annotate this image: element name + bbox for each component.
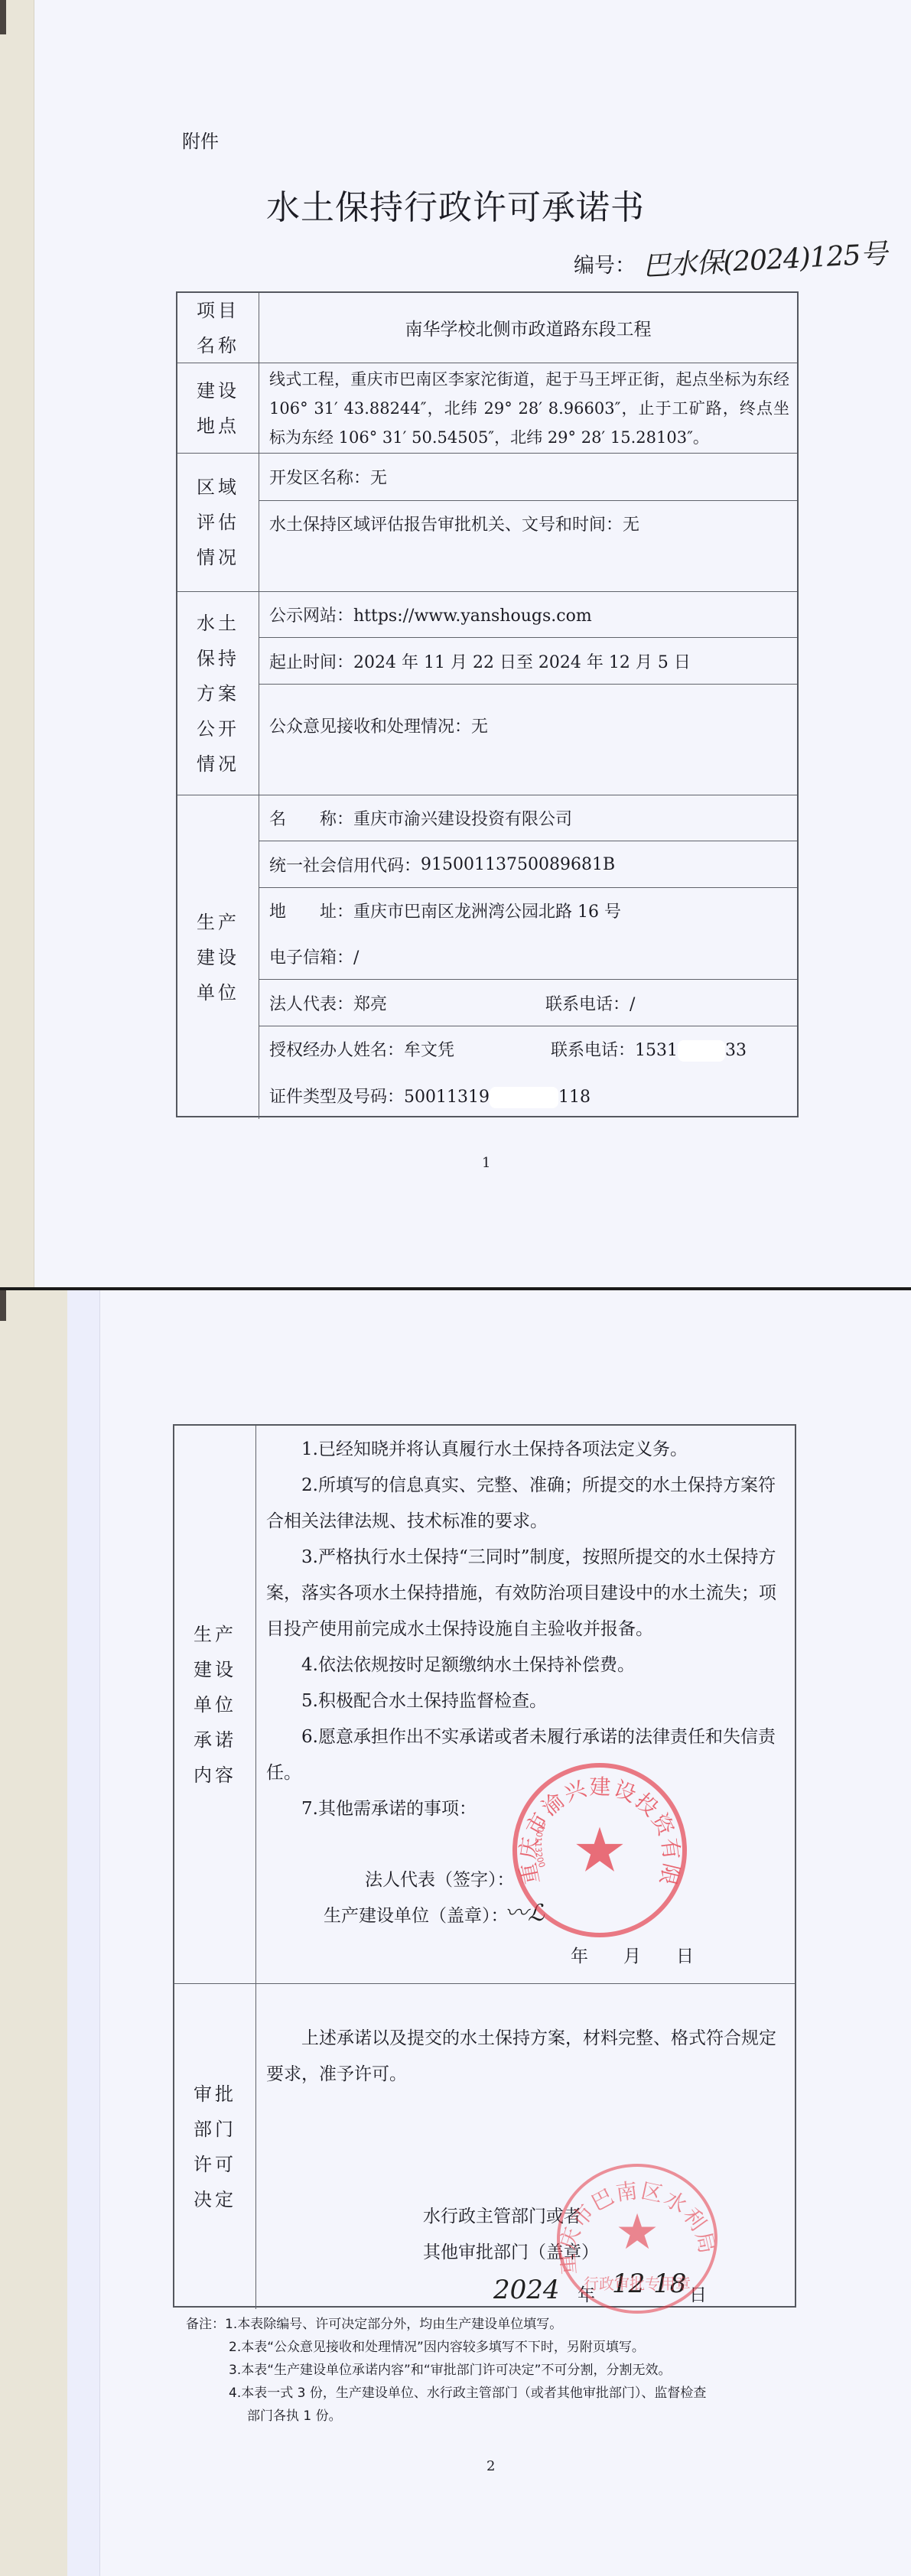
promise-item-4: 4.依法依规按时足额缴纳水土保持补偿费。 — [266, 1647, 786, 1683]
document-page-1: 附件 水土保持行政许可承诺书 编号： 巴水保(2024)125号 项目名称 南华… — [0, 0, 911, 1287]
scan-edge-shadow — [0, 1290, 6, 1321]
legal-phone-value: / — [630, 995, 635, 1014]
redacted-id-number — [490, 1087, 558, 1108]
promise-item-5: 5.积极配合水土保持监督检查。 — [266, 1683, 786, 1719]
label-project-name: 项目名称 — [177, 293, 259, 363]
assessment-report-field: 水土保持区域评估报告审批机关、文号和时间：无 — [259, 501, 797, 592]
public-feedback-field: 公众意见接收和处理情况：无 — [259, 685, 797, 795]
promise-date-label: 年 月 日 — [571, 1942, 694, 1967]
row-plan-publicity: 水土保持方案公开情况 公示网站：https://www.yanshougs.co… — [177, 592, 797, 795]
builder-company-seal: 重庆市渝兴建设投资有限公司 500113200 ★ — [512, 1763, 687, 1937]
approval-seal-subtext: 行政审批专用章 — [584, 2275, 691, 2293]
serial-number-label: 编号： — [574, 249, 636, 278]
permit-info-table: 项目名称 南华学校北侧市政道路东段工程 建设地点 线式工程，重庆市巴南区李家沱街… — [176, 291, 799, 1117]
builder-seal-label: 生产建设单位（盖章）： — [324, 1901, 509, 1927]
document-page-2: 生产建设单位承诺内容 1.已经知晓并将认真履行水土保持各项法定义务。 2.所填写… — [0, 1287, 911, 2576]
dev-zone-field: 开发区名称：无 — [259, 454, 797, 501]
row-location: 建设地点 线式工程，重庆市巴南区李家沱街道，起于马王坪正街，起点坐标为东经 10… — [177, 363, 797, 454]
email-value: / — [353, 948, 359, 968]
label-builder: 生产建设单位 — [177, 795, 259, 1119]
label-approval: 审批部门许可决定 — [174, 1984, 256, 2309]
row-regional-assessment: 区域评估情况 开发区名称：无 水土保持区域评估报告审批机关、文号和时间：无 — [177, 454, 797, 592]
agent-name-value: 牟文凭 — [404, 1041, 454, 1060]
row-project-name: 项目名称 南华学校北侧市政道路东段工程 — [177, 293, 797, 363]
builder-name-value: 重庆市渝兴建设投资有限公司 — [353, 806, 572, 830]
notes-prefix: 备注： — [186, 2317, 225, 2332]
star-icon: ★ — [572, 1815, 627, 1886]
agent-field: 授权经办人姓名：牟文凭 联系电话：153133 证件类型及号码：50011319… — [259, 1026, 797, 1119]
credit-code-value: 91500113750089681B — [421, 855, 615, 874]
note-4-cont: 部门各执 1 份。 — [186, 2405, 874, 2428]
label-promise: 生产建设单位承诺内容 — [174, 1426, 256, 1983]
label-location: 建设地点 — [177, 363, 259, 453]
redacted-phone — [678, 1040, 725, 1062]
legal-rep-value: 郑亮 — [353, 995, 387, 1014]
note-3: 3.本表“生产建设单位承诺内容”和“审批部门许可决定”不可分割，分割无效。 — [186, 2359, 874, 2382]
publicity-period-field: 起止时间：2024 年 11 月 22 日至 2024 年 12 月 5 日 — [259, 638, 797, 685]
document-title: 水土保持行政许可承诺书 — [0, 180, 911, 229]
page-number: 1 — [482, 1155, 490, 1171]
promise-item-3: 3.严格执行水土保持“三同时”制度，按照所提交的水土保持方案，落实各项水土保持措… — [266, 1540, 786, 1647]
attachment-label: 附件 — [182, 126, 219, 153]
credit-code-field: 统一社会信用代码：91500113750089681B — [259, 841, 797, 888]
scan-edge-shadow — [0, 0, 6, 34]
address-value: 重庆市巴南区龙洲湾公园北路 16 号 — [353, 903, 621, 922]
publicity-website-field: 公示网站：https://www.yanshougs.com — [259, 592, 797, 638]
promise-item-2: 2.所填写的信息真实、完整、准确；所提交的水土保持方案符合相关法律法规、技术标准… — [266, 1468, 786, 1540]
row-builder: 生产建设单位 名 称：重庆市渝兴建设投资有限公司 统一社会信用代码：915001… — [177, 795, 797, 1119]
serial-number-handwritten: 巴水保(2024)125号 — [642, 233, 888, 285]
project-name-value: 南华学校北侧市政道路东段工程 — [259, 293, 797, 363]
location-value: 线式工程，重庆市巴南区李家沱街道，起于马王坪正街，起点坐标为东经 106° 31… — [259, 363, 797, 452]
builder-name-field: 名 称：重庆市渝兴建设投资有限公司 — [259, 795, 797, 841]
note-2: 2.本表“公众意见接收和处理情况”因内容较多填写不下时，另附页填写。 — [186, 2336, 874, 2359]
approval-department-seal: 重庆市巴南区水利局 行政审批专用章 ★ — [557, 2164, 717, 2314]
promise-item-1: 1.已经知晓并将认真履行水土保持各项法定义务。 — [266, 1432, 786, 1468]
row-promise: 生产建设单位承诺内容 1.已经知晓并将认真履行水土保持各项法定义务。 2.所填写… — [174, 1426, 795, 1984]
legal-rep-signature-label: 法人代表（签字）： — [365, 1865, 515, 1891]
label-plan-publicity: 水土保持方案公开情况 — [177, 592, 259, 795]
address-email-field: 地 址：重庆市巴南区龙洲湾公园北路 16 号 电子信箱：/ — [259, 888, 797, 980]
notes-section: 备注：1.本表除编号、许可决定部分外，均由生产建设单位填写。 2.本表“公众意见… — [0, 2313, 874, 2428]
approval-dept-line1: 水行政主管部门或者 — [423, 2202, 581, 2227]
page-number: 2 — [486, 2458, 495, 2474]
star-icon: ★ — [615, 2204, 659, 2261]
legal-rep-field: 法人代表：郑亮 联系电话：/ — [259, 980, 797, 1026]
label-regional-assessment: 区域评估情况 — [177, 454, 259, 591]
approval-year-handwritten: 2024 — [493, 2275, 560, 2305]
approval-text: 上述承诺以及提交的水土保持方案，材料完整、格式符合规定要求，准予许可。 — [266, 2021, 786, 2093]
note-4: 4.本表一式 3 份，生产建设单位、水行政主管部门（或者其他审批部门）、监督检查 — [186, 2382, 874, 2405]
note-1: 1.本表除编号、许可决定部分外，均由生产建设单位填写。 — [225, 2317, 562, 2332]
